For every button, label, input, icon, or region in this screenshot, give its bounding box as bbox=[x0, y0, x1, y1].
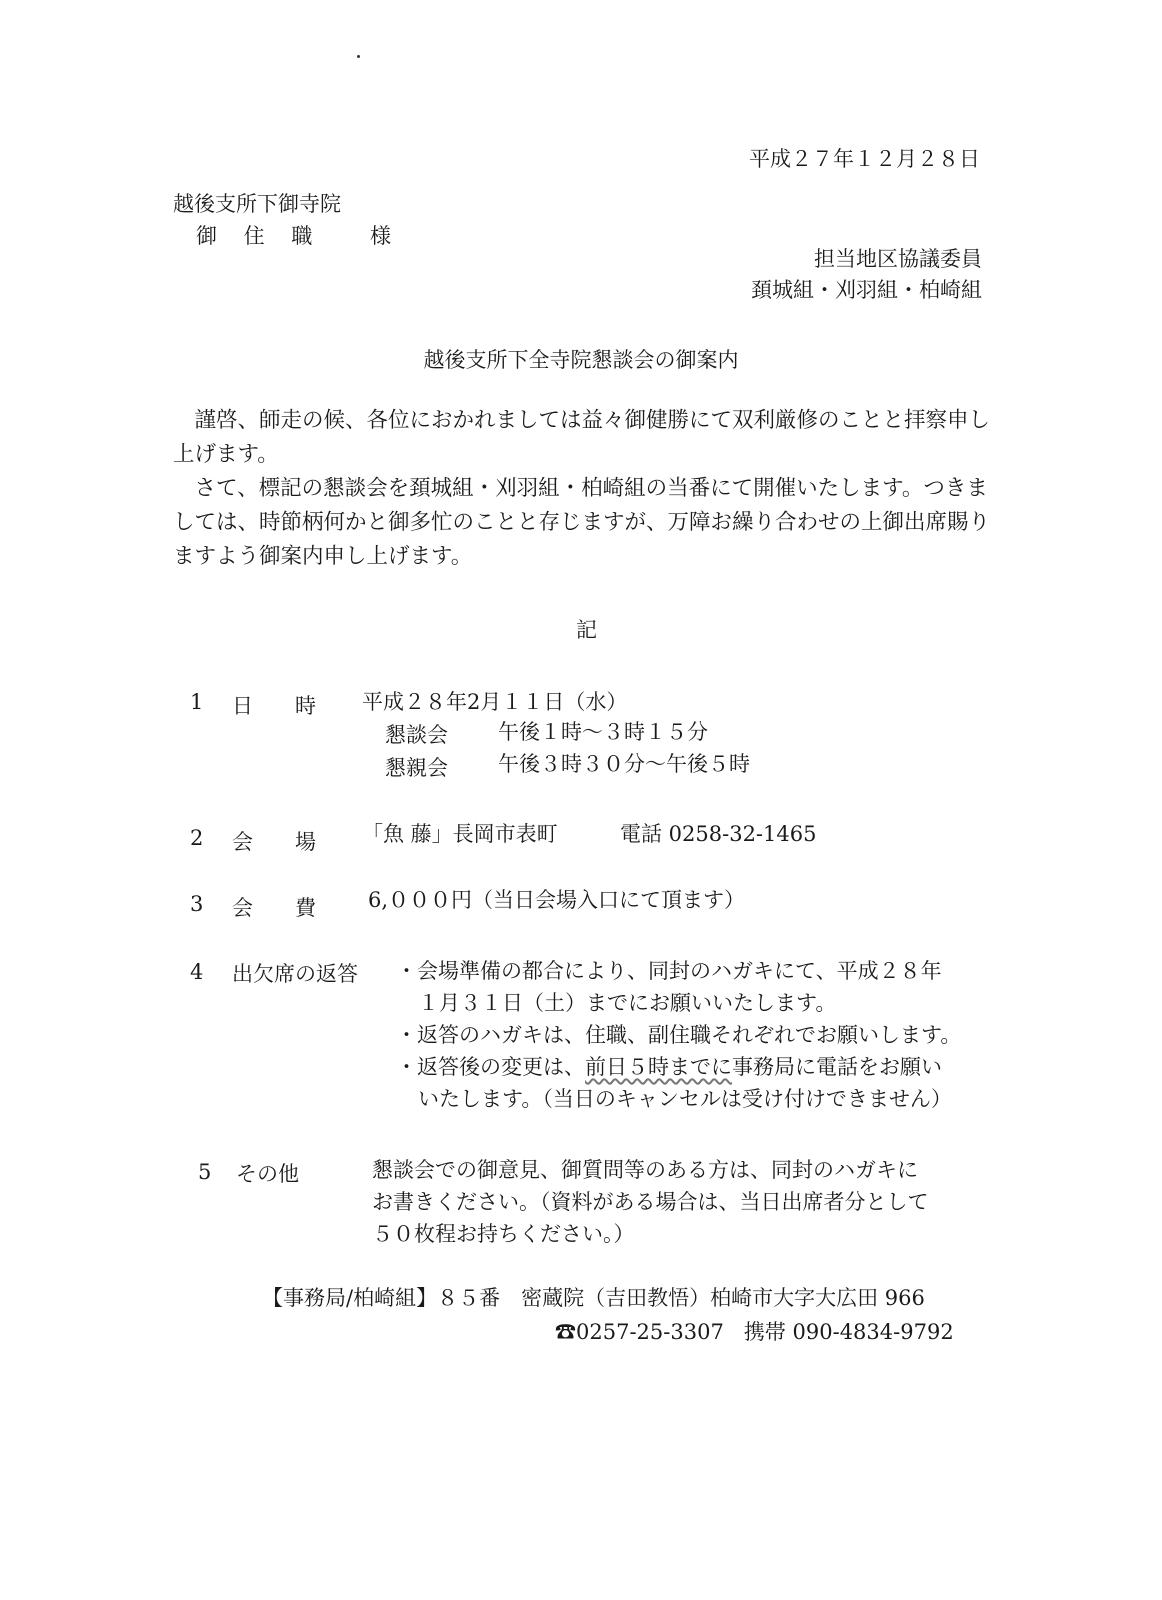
item-label: 費 bbox=[295, 892, 316, 922]
scan-speck bbox=[357, 55, 360, 58]
ki-heading: 記 bbox=[576, 614, 597, 644]
office-contact: 【事務局/柏崎組】８５番 密蔵院（吉田教悟）柏崎市大字大広田 966 bbox=[262, 1282, 925, 1312]
item-label: 場 bbox=[295, 826, 316, 856]
letter-body: 謹啓、師走の候、各位におかれましては益々御健勝にて双利厳修のことと拝察申し上げま… bbox=[173, 404, 1003, 574]
session-time: 午後３時３０分～午後５時 bbox=[498, 748, 750, 778]
item-number: 4 bbox=[190, 960, 203, 984]
session-name: 懇談会 bbox=[385, 719, 448, 749]
item-number: 2 bbox=[190, 826, 203, 850]
phone-icon: ☎ bbox=[555, 1320, 576, 1344]
item-label: 日 bbox=[232, 690, 253, 720]
recipient-org: 越後支所下御寺院 bbox=[173, 188, 341, 218]
deadline-emphasis: 前日５時までに bbox=[585, 1055, 732, 1079]
sender-role: 担当地区協議委員 bbox=[814, 243, 982, 273]
item-label: 時 bbox=[295, 690, 316, 720]
venue-phone: 電話 0258-32-1465 bbox=[620, 818, 816, 848]
sender-groups: 頚城組・刈羽組・柏崎組 bbox=[751, 274, 982, 304]
recipient-title: 御 住 職 様 bbox=[196, 220, 401, 250]
event-date: 平成２８年2月１１日（水） bbox=[362, 686, 627, 716]
item-label: その他 bbox=[236, 1158, 299, 1188]
body-paragraph-1: 謹啓、師走の候、各位におかれましては益々御健勝にて双利厳修のことと拝察申し上げま… bbox=[173, 404, 1003, 472]
mobile-phone: 携帯 090-4834-9792 bbox=[744, 1320, 954, 1344]
fee-amount: 6,０００円（当日会場入口にて頂ます） bbox=[368, 884, 745, 914]
other-line: 懇談会での御意見、御質問等のある方は、同封のハガキに bbox=[372, 1154, 918, 1184]
session-time: 午後１時～３時１５分 bbox=[498, 716, 708, 746]
office-phones: ☎0257-25-3307 携帯 090-4834-9792 bbox=[555, 1316, 954, 1346]
item-label: 会 bbox=[232, 826, 253, 856]
other-line: ５０枚程お持ちください。） bbox=[372, 1218, 635, 1248]
office-phone: 0257-25-3307 bbox=[576, 1320, 724, 1344]
rsvp-line: ・返答のハガキは、住職、副住職それぞれでお願いします。 bbox=[396, 1019, 961, 1049]
rsvp-line: ・会場準備の都合により、同封のハガキにて、平成２８年 bbox=[396, 955, 942, 985]
rsvp-line: １月３１日（土）までにお願いいたします。 bbox=[418, 987, 836, 1017]
item-number: 3 bbox=[190, 892, 203, 916]
document-title: 越後支所下全寺院懇談会の御案内 bbox=[0, 344, 1162, 374]
item-label: 出欠席の返答 bbox=[232, 958, 358, 988]
venue-name: 「魚 藤」長岡市表町 bbox=[362, 818, 558, 848]
letter-date: 平成２７年１２月２８日 bbox=[749, 143, 980, 173]
item-number: 1 bbox=[190, 690, 203, 714]
other-line: お書きください。（資料がある場合は、当日出席者分として bbox=[372, 1186, 929, 1216]
session-name: 懇親会 bbox=[385, 752, 448, 782]
body-paragraph-2: さて、標記の懇談会を頚城組・刈羽組・柏崎組の当番にて開催いたします。つきましては… bbox=[173, 472, 1003, 574]
item-number: 5 bbox=[198, 1160, 211, 1184]
rsvp-line: ・返答後の変更は、前日５時までに事務局に電話をお願い bbox=[396, 1051, 942, 1081]
item-label: 会 bbox=[232, 892, 253, 922]
rsvp-line: いたします。（当日のキャンセルは受け付けできません） bbox=[418, 1083, 952, 1113]
